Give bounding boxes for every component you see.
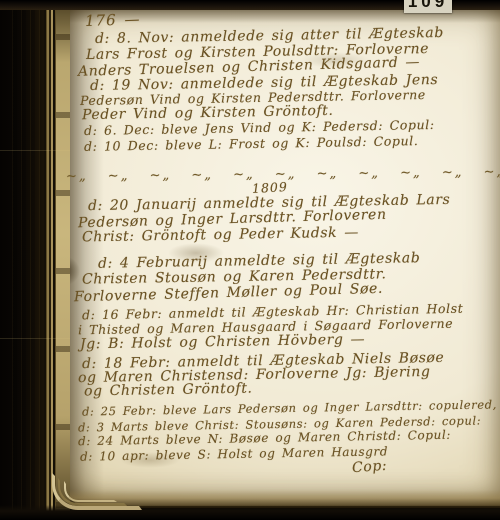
crease-line (0, 338, 70, 339)
year-heading: 1809 (252, 179, 289, 196)
crease-line (0, 150, 70, 151)
register-entry-line: Cop: (351, 458, 387, 476)
register-entry-line: Christ: Gröntoft og Peder Kudsk — (82, 225, 359, 246)
handwriting-layer: 176 — d: 8. Nov: anmeldede sig atter til… (62, 9, 500, 506)
binding-streaks (8, 0, 46, 520)
page-number: 176 — (85, 10, 141, 30)
curled-page-corner (64, 481, 117, 502)
archive-frame-number: 109 (404, 0, 452, 12)
archive-frame-label: 109 (404, 0, 452, 13)
scanned-parish-register-photo: 109 176 — d: 8. Nov: anmeldede sig atter… (0, 0, 500, 520)
register-entry-line: og Christen Gröntoft. (84, 381, 253, 400)
